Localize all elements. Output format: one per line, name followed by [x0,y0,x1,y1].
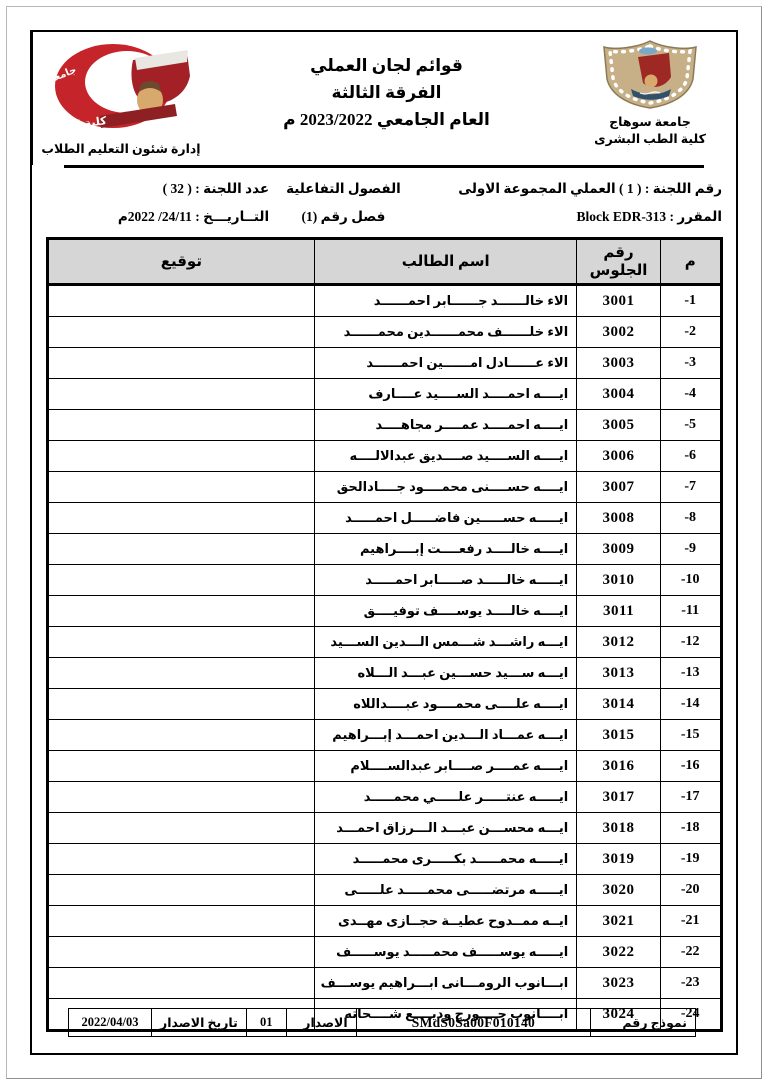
student-serial: -23 [660,968,721,999]
student-name: ابـــانوب الرومـــانى ابـــراهيم يوســـف [315,968,577,999]
student-name: ايـــــه يوســـــف محمـــــد يوســـــف [315,937,577,968]
university-shield-logo-icon [598,39,702,114]
exam-date-text: التــاريـــخ : 24/11/ 2022م [118,209,269,224]
student-seat-number: 3011 [577,596,661,627]
student-serial: -20 [660,875,721,906]
exam-date: التــاريـــخ : 24/11/ 2022م [46,209,269,225]
student-row: -15 3015 ايـــه عمـــاد الـــدين احمـــد… [47,720,721,751]
document-title: قوائم لجان العملي الفرقة الثالثة العام ا… [209,32,564,165]
student-serial: -19 [660,844,721,875]
form-number-label: نموذج رقم [591,1009,696,1037]
student-serial: -21 [660,906,721,937]
student-row: -2 3002 الاء خلــــــف محمــــــدين محمـ… [47,317,721,348]
student-name: ايـــــه حســـــين فاضـــــل احمـــــد [315,503,577,534]
student-serial: -2 [660,317,721,348]
student-name: ايـــه محســـن عبـــد الـــرزاق احمـــد [315,813,577,844]
student-seat-number: 3009 [577,534,661,565]
student-serial: -15 [660,720,721,751]
student-row: -20 3020 ايـــــه مرتضـــــى محمـــــد ع… [47,875,721,906]
student-row: -6 3006 ايــــه الســــيد صــــديق عبدال… [47,441,721,472]
faculty-name: كلية الطب البشرى [594,131,706,148]
title-line-2: الفرقة الثالثة [209,79,564,106]
col-header-signature: توقيع [47,239,315,285]
course-line: المقرر : Block EDR-313 [418,209,722,225]
issue-number: 01 [246,1009,286,1037]
administration-identity: كلية الطب جامعة سوهاج إدارة شئون التعليم… [32,32,209,165]
university-name: جامعة سوهاج [609,114,691,131]
student-seat-number: 3002 [577,317,661,348]
student-seat-number: 3005 [577,410,661,441]
signature-cell [47,596,315,627]
student-serial: -18 [660,813,721,844]
col-header-serial: م [660,239,721,285]
student-serial: -6 [660,441,721,472]
student-serial: -12 [660,627,721,658]
title-line-1: قوائم لجان العملي [209,52,564,79]
sheet-border: جامعة سوهاج كلية الطب البشرى قوائم لجان … [30,30,738,1055]
title-line-3: العام الجامعي 2023/2022 م [209,106,564,133]
signature-cell [47,379,315,410]
document-page: جامعة سوهاج كلية الطب البشرى قوائم لجان … [0,0,768,1085]
student-name: ايــــه احمــــد الســــيد عــــارف [315,379,577,410]
info-row-2: المقرر : Block EDR-313 فصل رقم (1) التــ… [46,203,722,231]
signature-cell [47,285,315,317]
student-row: -4 3004 ايــــه احمــــد الســــيد عــــ… [47,379,721,410]
student-seat-number: 3006 [577,441,661,472]
student-serial: -22 [660,937,721,968]
student-name: الاء عــــــادل امــــــين احمــــــد [315,348,577,379]
students-roster-table: م رقم الجلوس اسم الطالب توقيع -1 3001 ال… [46,237,723,1032]
issue-date-label: تاريخ الاصدار [151,1009,246,1037]
student-seat-number: 3003 [577,348,661,379]
signature-cell [47,658,315,689]
committee-number-line: رقم اللجنة : ( 1 ) العملي المجموعة الاول… [418,181,722,197]
signature-cell [47,968,315,999]
student-serial: -3 [660,348,721,379]
signature-cell [47,317,315,348]
student-row: -11 3011 ايــــه خالــــد يوســــف توفيـ… [47,596,721,627]
signature-cell [47,844,315,875]
student-row: -12 3012 ايـــه راشـــد شـــمس الـــدين … [47,627,721,658]
signature-cell [47,720,315,751]
committee-count: عدد اللجنة : ( 32 ) [46,181,269,197]
signature-cell [47,875,315,906]
student-seat-number: 3017 [577,782,661,813]
student-seat-number: 3013 [577,658,661,689]
signature-cell [47,782,315,813]
student-seat-number: 3016 [577,751,661,782]
student-seat-number: 3001 [577,285,661,317]
col-header-student-name: اسم الطالب [315,239,577,285]
student-name: ايــــه احمــــد عمــــر مجاهــــد [315,410,577,441]
student-seat-number: 3020 [577,875,661,906]
university-identity: جامعة سوهاج كلية الطب البشرى [564,32,736,165]
student-row: -5 3005 ايــــه احمــــد عمــــر مجاهـــ… [47,410,721,441]
student-serial: -4 [660,379,721,410]
signature-cell [47,472,315,503]
student-row: -16 3016 ايــــه عمــــر صــــابر عبدالس… [47,751,721,782]
student-name: ايـــه عمـــاد الـــدين احمـــد إبـــراه… [315,720,577,751]
issue-label: الاصدار [286,1009,356,1037]
signature-cell [47,689,315,720]
student-row: -14 3014 ايــــه علــــى محمــــود عبـــ… [47,689,721,720]
student-row: -21 3021 ايــه ممــدوح عطيــة حجــازى مه… [47,906,721,937]
signature-cell [47,441,315,472]
student-seat-number: 3014 [577,689,661,720]
student-row: -8 3008 ايـــــه حســـــين فاضـــــل احم… [47,503,721,534]
student-serial: -8 [660,503,721,534]
student-row: -9 3009 ايــــه خالــــد رفعــــت إبــــ… [47,534,721,565]
student-seat-number: 3023 [577,968,661,999]
student-seat-number: 3015 [577,720,661,751]
signature-cell [47,937,315,968]
student-name: ايـــــه خالـــــد صـــــابر احمـــــد [315,565,577,596]
student-serial: -1 [660,285,721,317]
students-body: -1 3001 الاء خالــــــد جــــــابر احمــ… [47,285,721,1031]
student-name: ايـــــه مرتضـــــى محمـــــد علـــــى [315,875,577,906]
student-serial: -10 [660,565,721,596]
student-serial: -11 [660,596,721,627]
student-serial: -7 [660,472,721,503]
student-serial: -13 [660,658,721,689]
class-number: فصل رقم (1) [269,209,418,225]
signature-cell [47,813,315,844]
col-header-seat-number: رقم الجلوس [577,239,661,285]
student-name: ايــــه عمــــر صــــابر عبدالســــلام [315,751,577,782]
signature-cell [47,410,315,441]
student-row: -22 3022 ايـــــه يوســـــف محمـــــد يو… [47,937,721,968]
student-row: -18 3018 ايـــه محســـن عبـــد الـــرزاق… [47,813,721,844]
signature-cell [47,503,315,534]
signature-cell [47,534,315,565]
student-row: -10 3010 ايـــــه خالـــــد صـــــابر اح… [47,565,721,596]
signature-cell [47,627,315,658]
student-name: ايـــــه عنتـــــر علـــــي محمـــــد [315,782,577,813]
student-name: ايــــه حســــنى محمــــود جــــادالحق [315,472,577,503]
student-row: -7 3007 ايــــه حســــنى محمــــود جــــ… [47,472,721,503]
student-row: -13 3013 ايـــه ســـيد حســـين عبـــد ال… [47,658,721,689]
form-code: SMdS0Sa00F010140 [356,1009,591,1037]
form-footer-table: نموذج رقم SMdS0Sa00F010140 الاصدار 01 تا… [68,1008,696,1037]
issue-date: 2022/04/03 [69,1009,152,1037]
student-seat-number: 3018 [577,813,661,844]
faculty-crescent-logo-icon: كلية الطب جامعة سوهاج [47,42,195,139]
student-seat-number: 3004 [577,379,661,410]
administration-label: إدارة شئون التعليم الطلاب [41,141,200,157]
signature-cell [47,565,315,596]
student-seat-number: 3008 [577,503,661,534]
student-seat-number: 3012 [577,627,661,658]
form-footer-row: نموذج رقم SMdS0Sa00F010140 الاصدار 01 تا… [69,1009,696,1037]
student-row: -23 3023 ابـــانوب الرومـــانى ابـــراهي… [47,968,721,999]
student-seat-number: 3019 [577,844,661,875]
student-name: ايـــه راشـــد شـــمس الـــدين الســـيد [315,627,577,658]
student-seat-number: 3010 [577,565,661,596]
exam-info: رقم اللجنة : ( 1 ) العملي المجموعة الاول… [32,168,736,233]
student-serial: -14 [660,689,721,720]
student-row: -3 3003 الاء عــــــادل امــــــين احمــ… [47,348,721,379]
student-serial: -5 [660,410,721,441]
student-name: ايـــــه محمـــــد بكـــــرى محمـــــد [315,844,577,875]
svg-text:كلية الطب: كلية الطب [50,114,108,134]
student-name: ايــــه خالــــد رفعــــت إبــــراهيم [315,534,577,565]
student-seat-number: 3007 [577,472,661,503]
student-name: ايـــه ســـيد حســـين عبـــد الـــلاه [315,658,577,689]
student-row: -19 3019 ايـــــه محمـــــد بكـــــرى مح… [47,844,721,875]
student-name: ايــــه خالــــد يوســــف توفيــــق [315,596,577,627]
student-row: -17 3017 ايـــــه عنتـــــر علـــــي محم… [47,782,721,813]
student-serial: -17 [660,782,721,813]
signature-cell [47,906,315,937]
student-serial: -9 [660,534,721,565]
roster-header-row: م رقم الجلوس اسم الطالب توقيع [47,239,721,285]
student-seat-number: 3022 [577,937,661,968]
signature-cell [47,348,315,379]
student-name: الاء خلــــــف محمــــــدين محمــــــد [315,317,577,348]
student-name: ايــــه الســــيد صــــديق عبدالالــــه [315,441,577,472]
student-seat-number: 3021 [577,906,661,937]
info-row-1: رقم اللجنة : ( 1 ) العملي المجموعة الاول… [46,175,722,203]
student-serial: -16 [660,751,721,782]
signature-cell [47,751,315,782]
document-header: جامعة سوهاج كلية الطب البشرى قوائم لجان … [32,32,736,165]
student-name: ايــه ممــدوح عطيــة حجــازى مهــدى [315,906,577,937]
student-row: -1 3001 الاء خالــــــد جــــــابر احمــ… [47,285,721,317]
student-name: ايــــه علــــى محمــــود عبــــداللاه [315,689,577,720]
classes-type: الفصول التفاعلية [269,181,418,197]
student-name: الاء خالــــــد جــــــابر احمــــــد [315,285,577,317]
